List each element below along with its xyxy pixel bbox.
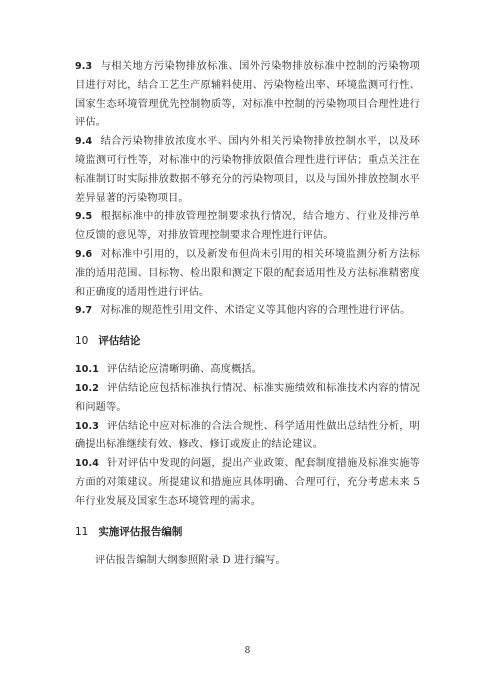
clause-text: 对标准中引用的，以及新发布但尚未引用的相关环境监测分析方法标准的适用范围、目标物… [75, 249, 420, 298]
section-10-body: 10.1评估结论应清晰明确、高度概括。 10.2评估结论应包括标准执行情况、标准… [75, 361, 420, 511]
clause-number: 10.3 [75, 421, 99, 432]
clause-10-1: 10.1评估结论应清晰明确、高度概括。 [75, 361, 420, 380]
clause-number: 9.7 [75, 305, 92, 316]
section-title: 实施评估报告编制 [98, 526, 182, 538]
clause-9-3: 9.3与相关地方污染物排放标准、国外污染物排放标准中控制的污染物项目进行对比，结… [75, 58, 420, 133]
clause-number: 9.4 [75, 136, 92, 147]
clause-number: 9.5 [75, 211, 92, 222]
section-title: 评估结论 [98, 335, 140, 347]
clause-number: 10.4 [75, 458, 99, 469]
document-page: 9.3与相关地方污染物排放标准、国外污染物排放标准中控制的污染物项目进行对比，结… [0, 0, 495, 699]
section-number: 10 [75, 335, 88, 347]
clause-text: 根据标准中的排放管理控制要求执行情况，结合地方、行业及排污单位反馈的意见等，对排… [75, 211, 420, 241]
clause-number: 10.1 [75, 364, 99, 375]
clause-text: 评估结论应包括标准执行情况、标准实施绩效和标准技术内容的情况和问题等。 [75, 383, 420, 413]
clause-number: 10.2 [75, 383, 99, 394]
clause-text: 与相关地方污染物排放标准、国外污染物排放标准中控制的污染物项目进行对比，结合工艺… [75, 61, 420, 128]
clause-text: 结合污染物排放浓度水平、国内外相关污染物排放控制水平，以及环境监测可行性等，对标… [75, 136, 420, 203]
clause-10-4: 10.4针对评估中发现的问题，提出产业政策、配套制度措施及标准实施等方面的对策建… [75, 455, 420, 511]
clause-number: 9.6 [75, 249, 92, 260]
clause-number: 9.3 [75, 61, 92, 72]
clause-text: 评估结论应清晰明确、高度概括。 [107, 364, 262, 375]
section-11-heading: 11实施评估报告编制 [75, 523, 420, 541]
clause-10-2: 10.2评估结论应包括标准执行情况、标准实施绩效和标准技术内容的情况和问题等。 [75, 380, 420, 418]
clause-9-4: 9.4结合污染物排放浓度水平、国内外相关污染物排放控制水平，以及环境监测可行性等… [75, 133, 420, 208]
clause-text: 对标准的规范性引用文件、术语定义等其他内容的合理性进行评估。 [100, 305, 410, 316]
clause-9-5: 9.5根据标准中的排放管理控制要求执行情况，结合地方、行业及排污单位反馈的意见等… [75, 208, 420, 246]
clause-9-7: 9.7对标准的规范性引用文件、术语定义等其他内容的合理性进行评估。 [75, 302, 420, 321]
section-10-heading: 10评估结论 [75, 332, 420, 350]
page-number: 8 [0, 646, 495, 656]
clause-9-6: 9.6对标准中引用的，以及新发布但尚未引用的相关环境监测分析方法标准的适用范围、… [75, 246, 420, 302]
section-11-body: 评估报告编制大纲参照附录 D 进行编写。 [75, 552, 420, 571]
section-number: 11 [75, 526, 88, 538]
clause-10-3: 10.3评估结论中应对标准的合法合规性、科学适用性做出总结性分析，明确提出标准继… [75, 418, 420, 456]
page-content: 9.3与相关地方污染物排放标准、国外污染物排放标准中控制的污染物项目进行对比，结… [75, 58, 420, 570]
clause-text: 针对评估中发现的问题，提出产业政策、配套制度措施及标准实施等方面的对策建议。所提… [75, 458, 420, 507]
clause-text: 评估结论中应对标准的合法合规性、科学适用性做出总结性分析，明确提出标准继续有效、… [75, 421, 420, 451]
